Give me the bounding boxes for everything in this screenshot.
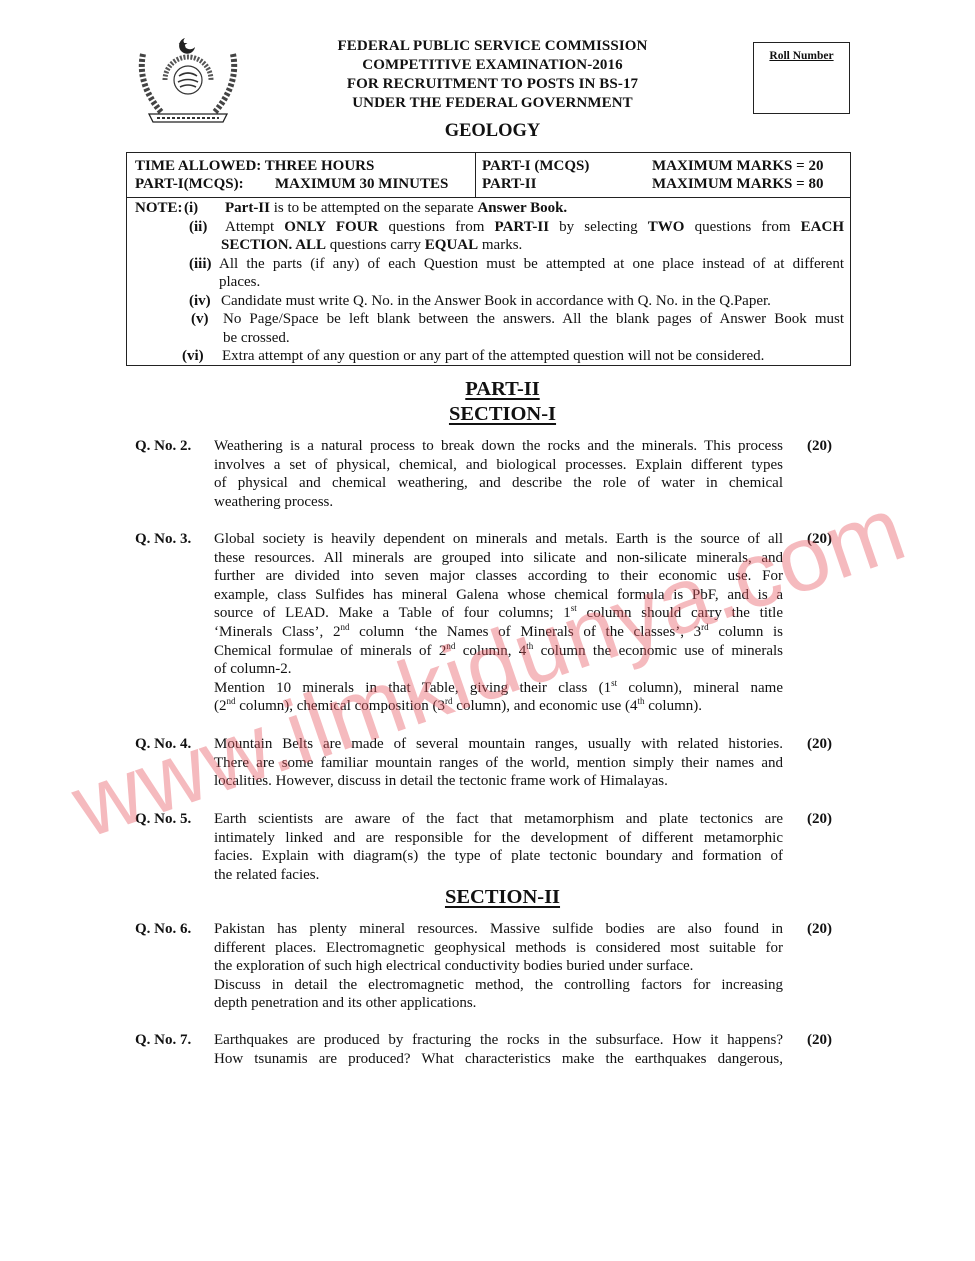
section-1-heading: SECTION-I xyxy=(300,403,705,426)
question-text: Earth scientists are aware of the fact t… xyxy=(214,810,783,884)
question-marks: (20) xyxy=(807,810,832,829)
note-number: (v) xyxy=(191,310,209,329)
header-line: FEDERAL PUBLIC SERVICE COMMISSION xyxy=(300,37,685,56)
part2-label: PART-II xyxy=(482,175,537,194)
roll-number-box[interactable]: Roll Number xyxy=(753,42,850,114)
note-text: Extra attempt of any question or any par… xyxy=(222,347,844,366)
note-text: All the parts (if any) of each Question … xyxy=(219,255,844,274)
header-line: FOR RECRUITMENT TO POSTS IN BS-17 xyxy=(300,75,685,94)
note-number: (ii) xyxy=(189,218,207,237)
info-top-row: TIME ALLOWED: THREE HOURS PART-I(MCQS): … xyxy=(127,153,850,198)
note-text-continued: be crossed. xyxy=(223,329,290,348)
part2-marks: MAXIMUM MARKS = 80 xyxy=(652,175,823,194)
question-marks: (20) xyxy=(807,920,832,939)
exam-info-table: TIME ALLOWED: THREE HOURS PART-I(MCQS): … xyxy=(126,152,851,366)
note-text-continued: SECTION. ALL questions carry EQUAL marks… xyxy=(221,236,522,255)
time-allowed: TIME ALLOWED: THREE HOURS xyxy=(135,157,374,176)
exam-header: FEDERAL PUBLIC SERVICE COMMISSION COMPET… xyxy=(300,37,685,113)
question-marks: (20) xyxy=(807,437,832,456)
note-number: (iii) xyxy=(189,255,212,274)
header-line: UNDER THE FEDERAL GOVERNMENT xyxy=(300,94,685,113)
question-number: Q. No. 3. xyxy=(135,530,191,549)
part1-label: PART-I (MCQS) xyxy=(482,157,589,176)
question-number: Q. No. 7. xyxy=(135,1031,191,1050)
note-number: (i) xyxy=(184,199,198,218)
time-allowed-cell: TIME ALLOWED: THREE HOURS PART-I(MCQS): … xyxy=(127,153,476,197)
question-number: Q. No. 4. xyxy=(135,735,191,754)
question-marks: (20) xyxy=(807,735,832,754)
question-text: Global society is heavily dependent on m… xyxy=(214,530,783,716)
question-text: Mountain Belts are made of several mount… xyxy=(214,735,783,791)
note-text: Attempt ONLY FOUR questions from PART-II… xyxy=(225,218,844,237)
question-number: Q. No. 5. xyxy=(135,810,191,829)
question-number: Q. No. 6. xyxy=(135,920,191,939)
part1-marks: MAXIMUM MARKS = 20 xyxy=(652,157,823,176)
note-text: Part-II is to be attempted on the separa… xyxy=(225,199,844,218)
note-text: No Page/Space be left blank between the … xyxy=(223,310,844,329)
question-text: Weathering is a natural process to break… xyxy=(214,437,783,511)
subject-title: GEOLOGY xyxy=(300,121,685,142)
fpsc-emblem-icon xyxy=(135,34,241,126)
question-text: Pakistan has plenty mineral resources. M… xyxy=(214,920,783,1013)
question-text: Earthquakes are produced by fracturing t… xyxy=(214,1031,783,1068)
question-number: Q. No. 2. xyxy=(135,437,191,456)
section-2-heading: SECTION-II xyxy=(300,886,705,909)
note-number: (iv) xyxy=(189,292,211,311)
part-heading: PART-II xyxy=(300,378,705,401)
question-marks: (20) xyxy=(807,1031,832,1050)
part1-time-value: MAXIMUM 30 MINUTES xyxy=(275,175,448,194)
note-prefix: NOTE: xyxy=(135,199,183,218)
header-line: COMPETITIVE EXAMINATION-2016 xyxy=(300,56,685,75)
note-number: (vi) xyxy=(182,347,204,366)
part1-time-label: PART-I(MCQS): xyxy=(135,175,244,194)
question-marks: (20) xyxy=(807,530,832,549)
note-text-continued: places. xyxy=(219,273,260,292)
roll-number-label: Roll Number xyxy=(769,50,833,62)
exam-paper-page: FEDERAL PUBLIC SERVICE COMMISSION COMPET… xyxy=(0,0,975,1261)
note-text: Candidate must write Q. No. in the Answe… xyxy=(221,292,844,311)
